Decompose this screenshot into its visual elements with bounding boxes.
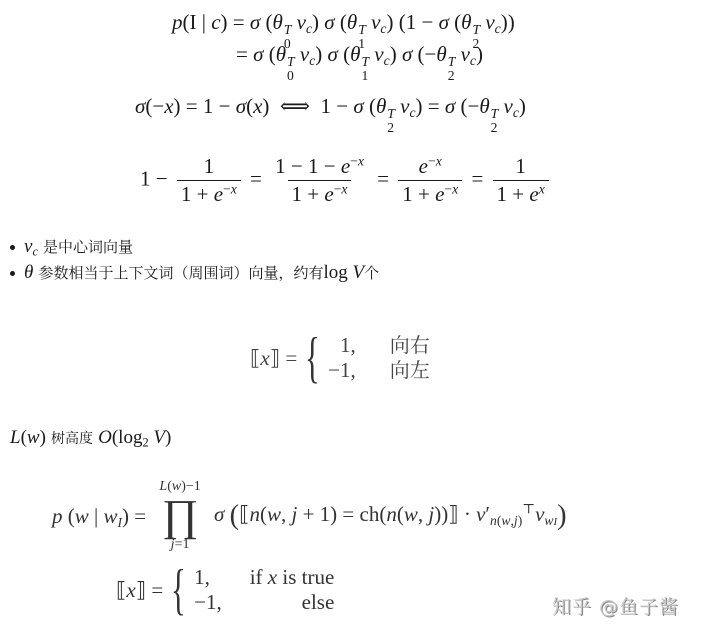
equation-3-derivation: 1 − 11 + e−x = 1 − 1 − e−x1 + e−x = e−x1…	[140, 156, 553, 205]
bullet-dot	[10, 271, 15, 276]
equation-1-line-2: = σ (θT0 vc) σ (θT1 vc) σ (−θT2 vc)	[236, 44, 483, 83]
zhihu-watermark: 知乎 @鱼子酱	[552, 592, 679, 619]
bullet-item-theta: θ 参数相当于上下文词（周围词）向量，约有log V个	[10, 262, 379, 283]
equation-6-truth-cases: ⟦x⟧ = { 1, if x is true −1, else	[116, 562, 334, 618]
equation-5-hierarchical-softmax: p (w | wI) = L(w)−1 ∏ j=1 σ (⟦n(w, j + 1…	[52, 480, 567, 552]
equation-4-direction-cases: ⟦x⟧ = { 1, 向右 −1, 向左	[250, 330, 430, 386]
tree-height-line: L(w) 树高度 O(log2 V)	[10, 428, 171, 448]
equation-2-sigmoid-identity: σ(−x) = 1 − σ(x) ⟺ 1 − σ (θT2 vc) = σ (−…	[135, 96, 526, 135]
bullet-dot	[10, 245, 15, 250]
left-brace: {	[171, 562, 186, 618]
left-brace: {	[305, 330, 320, 386]
bullet-item-vc: vc 是中心词向量	[10, 236, 133, 257]
product-operator: L(w)−1 ∏ j=1	[159, 480, 200, 552]
